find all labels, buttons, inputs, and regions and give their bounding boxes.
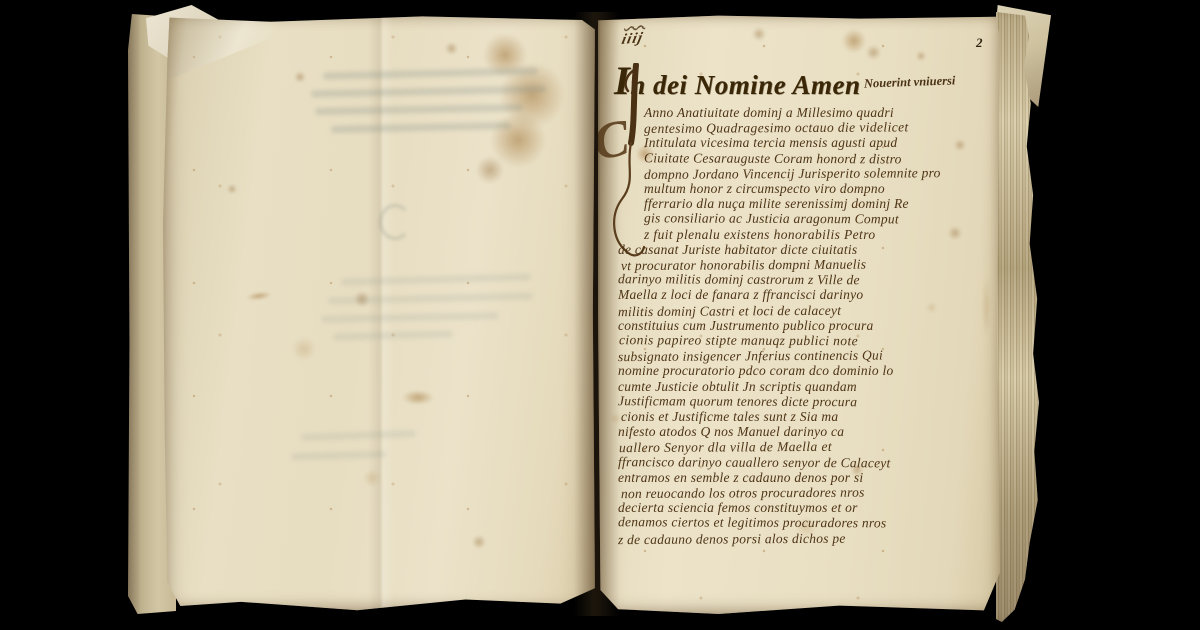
- manuscript-line: z de cadauno denos porsi alos dichos pe: [618, 530, 986, 547]
- manuscript-line: dompno Jordano Vincencij Jurisperito sol…: [618, 165, 986, 182]
- manuscript-line: z fuit plenalu existens honorabilis Petr…: [619, 227, 986, 242]
- manuscript-line: ffrancisco darinyo cauallero senyor de C…: [618, 454, 986, 471]
- bleed-through-line: [301, 430, 416, 441]
- heading-note: Nouerint vniuersi: [864, 73, 956, 91]
- quire-mark: iiij: [620, 30, 645, 49]
- stain: [490, 112, 546, 168]
- manuscript-line: nomine procuratorio pdco coram dco domin…: [618, 363, 986, 378]
- manuscript-body: Anno Anatiuitate dominj a Millesimo quad…: [618, 105, 986, 546]
- corner-crease: [163, 14, 331, 82]
- vertical-crease: [368, 14, 394, 612]
- stain: [499, 62, 565, 128]
- manuscript-line: decierta sciencia femos constituymos et …: [618, 500, 986, 515]
- stain: [916, 51, 926, 61]
- bleed-through-line: [331, 122, 511, 133]
- manuscript-line: Intitulata vicesima tercia mensis agusti…: [618, 135, 986, 150]
- manuscript-line: gentesimo Quadragesimo octauo die videli…: [619, 119, 986, 136]
- stain: [842, 29, 866, 53]
- stain: [292, 337, 316, 361]
- manuscript-line: cionis et Justificme tales sunt z Sia ma: [621, 409, 986, 424]
- manuscript-line: Anno Anatiuitate dominj a Millesimo quad…: [621, 105, 986, 120]
- manuscript-heading: In dei Nomine Amen: [614, 57, 861, 104]
- bleed-through-line: [328, 292, 533, 304]
- manuscript-line: multum honor z circumspecto viro dompno: [621, 181, 986, 196]
- manuscript-line: denamos ciertos et legitimos procuradore…: [618, 515, 986, 532]
- manuscript-line: Justificmam quorum tenores dicte procura: [618, 393, 986, 410]
- bleed-through-line: [315, 104, 523, 115]
- manuscript-line: nifesto atodos Q nos Manuel darinyo ca: [618, 424, 986, 439]
- fore-edge-page-stack: [996, 12, 1054, 622]
- manuscript-line: gis consiliario ac Justicia aragonum Com…: [618, 211, 986, 228]
- stain: [227, 184, 237, 194]
- manuscript-line: constituius cum Justrumento publico proc…: [618, 318, 986, 333]
- bleed-through-line: [311, 86, 546, 98]
- manuscript-line: entramos en semble z cadauno denos por s…: [618, 470, 986, 485]
- left-page: [163, 14, 595, 612]
- stain: [246, 290, 273, 302]
- stain: [294, 71, 306, 83]
- stain: [483, 33, 527, 77]
- right-page: iiij 2 In dei Nomine Amen Nouerint vniue…: [598, 15, 1000, 614]
- manuscript-line: Ciuitate Cesarauguste Coram honord z dis…: [618, 150, 986, 167]
- manuscript-line: uallero Senyor dla villa de Maella et: [619, 438, 986, 455]
- manuscript-line: fferrario dla nuça milite serenissimj do…: [618, 196, 986, 211]
- manuscript-line: subsignato insigencer Jnferius continenc…: [618, 347, 986, 364]
- manuscript-line: cumte Justicie obtulit Jn scriptis quand…: [618, 379, 986, 394]
- manuscript-line: Maella z loci de fanara z ffrancisci dar…: [618, 287, 986, 302]
- stain: [445, 42, 458, 55]
- stain: [402, 390, 434, 405]
- stain: [752, 27, 766, 41]
- bleed-through-mark: [379, 204, 411, 240]
- manuscript-line: non reuocando los otros procuradores nro…: [621, 484, 986, 501]
- bleed-through-line: [321, 312, 499, 323]
- manuscript-line: militis dominj Castri et loci de calacey…: [618, 302, 986, 319]
- folio-number: 2: [976, 35, 983, 51]
- bleed-through-line: [323, 67, 538, 79]
- stain: [472, 535, 486, 549]
- manuscript-line: darinyo militis dominj castrorum z Ville…: [618, 271, 986, 288]
- stain: [476, 156, 504, 184]
- manuscript-photo: iiij 2 In dei Nomine Amen Nouerint vniue…: [0, 0, 1200, 630]
- manuscript-line: de casanat Juriste habitator dicte ciuit…: [618, 242, 986, 257]
- stain: [866, 45, 881, 60]
